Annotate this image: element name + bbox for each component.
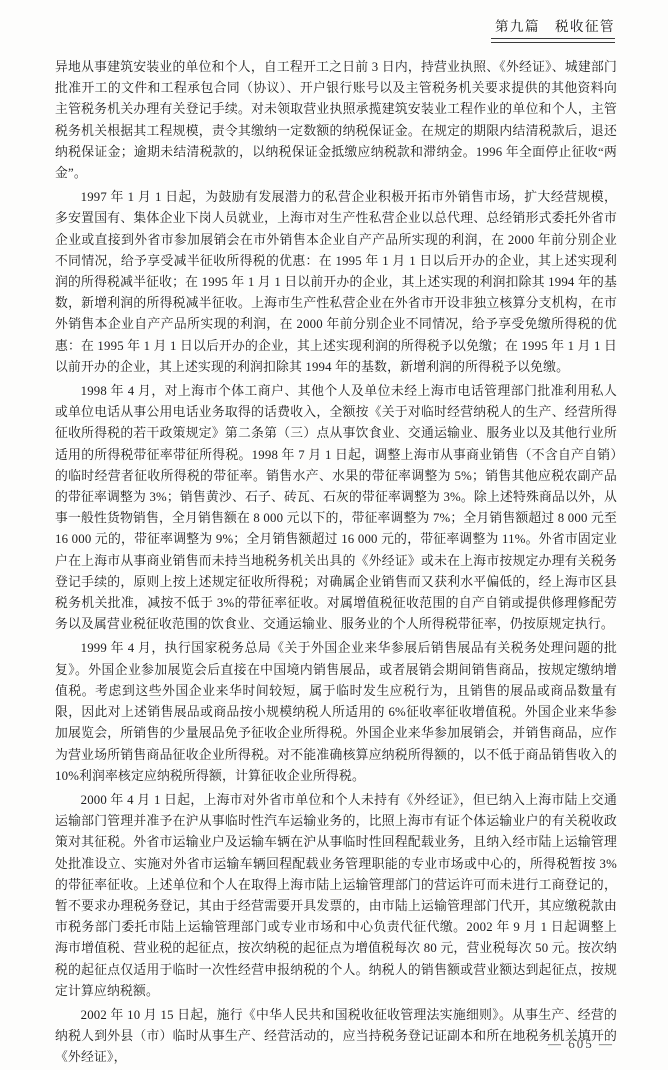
book-page: 第九篇 税收征管 异地从事建筑安装业的单位和个人，自工程开工之日前 3 日内，持… <box>0 0 668 1070</box>
paragraph: 异地从事建筑安装业的单位和个人，自工程开工之日前 3 日内，持营业执照、《外经证… <box>55 57 617 184</box>
page-number: — 605 — <box>548 1036 614 1051</box>
paragraph: 1999 年 4 月，执行国家税务总局《关于外国企业来华参展后销售展品有关税务处… <box>55 638 617 786</box>
header-double-rule <box>491 38 615 43</box>
body-text: 异地从事建筑安装业的单位和个人，自工程开工之日前 3 日内，持营业执照、《外经证… <box>55 57 617 1069</box>
paragraph: 2002 年 10 月 15 日起，施行《中华人民共和国税收征收管理法实施细则》… <box>55 1005 617 1069</box>
paragraph: 1998 年 4 月，对上海市个体工商户、其他个人及单位未经上海市电话管理部门批… <box>55 381 617 635</box>
paragraph: 1997 年 1 月 1 日起，为鼓励有发展潜力的私营企业积极开拓市外销售市场，… <box>55 187 617 378</box>
section-title: 第九篇 税收征管 <box>491 15 615 35</box>
page-header: 第九篇 税收征管 <box>491 15 615 43</box>
page-footer: — 605 — <box>548 1036 614 1052</box>
paragraph: 2000 年 4 月 1 日起，上海市对外省市单位和个人未持有《外经证》，但已纳… <box>55 790 617 1002</box>
